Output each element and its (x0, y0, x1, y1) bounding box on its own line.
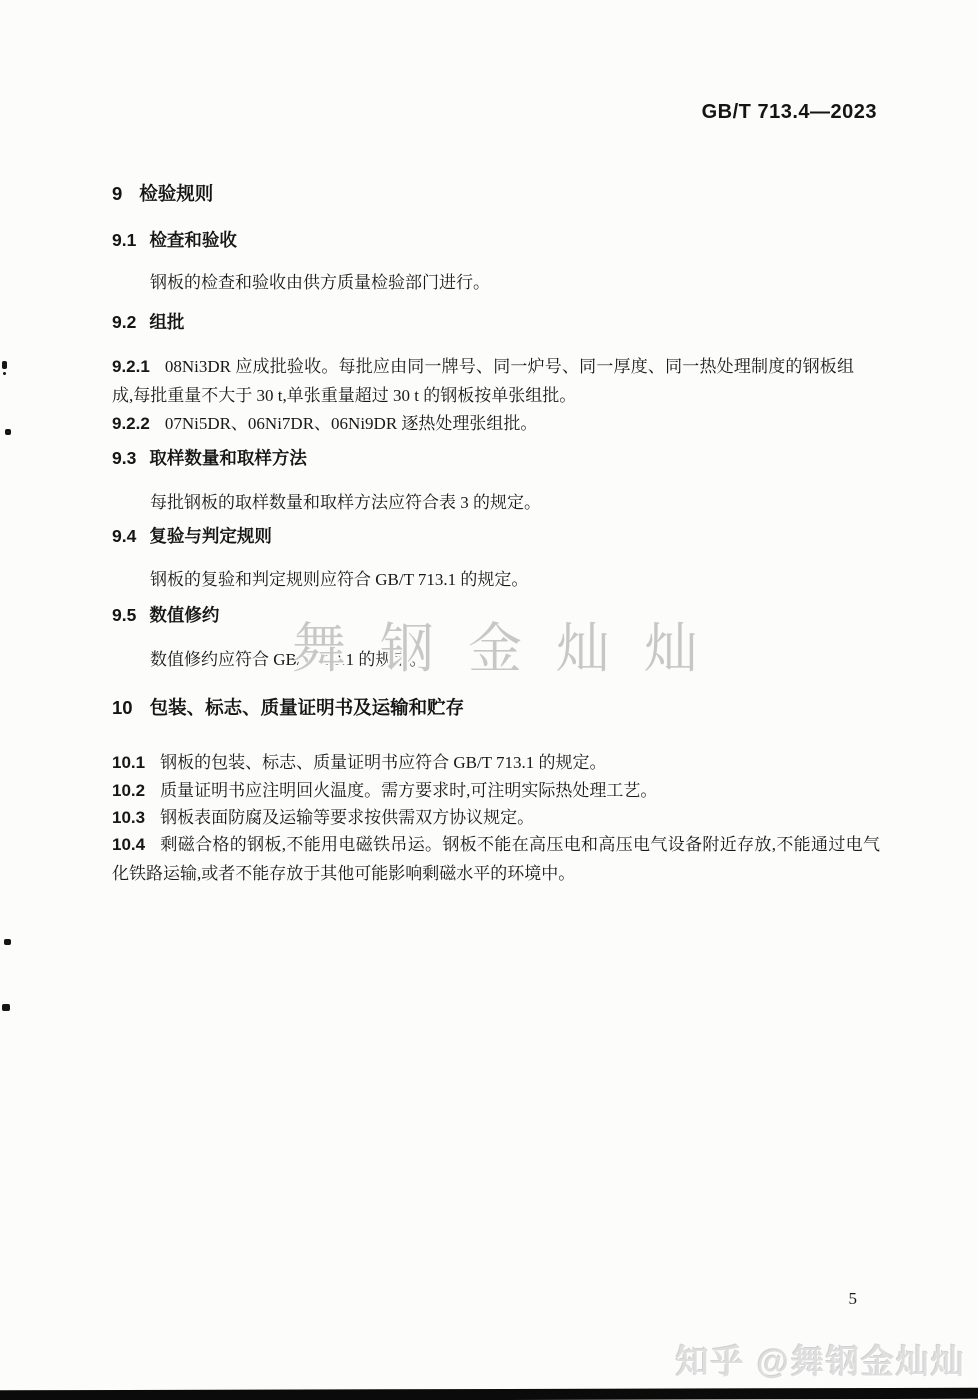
clause-number: 9.2.1 (112, 357, 150, 376)
clause-title: 数值修约 (149, 605, 219, 625)
clause-9-4-heading: 9.4复验与判定规则 (112, 523, 880, 548)
clause-title: 组批 (149, 312, 184, 332)
clause-title: 复验与判定规则 (149, 526, 272, 546)
clause-title: 检查和验收 (149, 230, 237, 250)
clause-number: 9.2 (112, 312, 136, 333)
standard-number-header: GB/T 713.4—2023 (0, 101, 877, 124)
section-number: 10 (112, 697, 133, 719)
clause-9-2-heading: 9.2组批 (112, 309, 880, 334)
scan-edge-strip (0, 1388, 978, 1400)
clause-number: 9.1 (112, 230, 136, 251)
section-number: 9 (112, 183, 122, 205)
clause-10-3-paragraph: 10.3钢板表面防腐及运输等要求按供需双方协议规定。 (112, 803, 880, 832)
clause-text: 质量证明书应注明回火温度。需方要求时,可注明实际热处理工艺。 (160, 781, 657, 800)
section-title: 包装、标志、质量证明书及运输和贮存 (150, 697, 465, 718)
clause-9-3-heading: 9.3取样数量和取样方法 (112, 445, 880, 470)
page-number: 5 (0, 1289, 857, 1309)
clause-9-1-heading: 9.1检查和验收 (112, 227, 880, 252)
clause-9-4-paragraph: 钢板的复验和判定规则应符合 GB/T 713.1 的规定。 (112, 565, 880, 594)
scan-artifact (4, 939, 11, 945)
clause-text: 剩磁合格的钢板,不能用电磁铁吊运。钢板不能在高压电和高压电气设备附近存放,不能通… (112, 835, 880, 883)
section-10-heading: 10包装、标志、质量证明书及运输和贮存 (112, 694, 880, 720)
zhihu-watermark: 知乎 @舞钢金灿灿 (676, 1336, 966, 1383)
clause-10-1-paragraph: 10.1钢板的包装、标志、质量证明书应符合 GB/T 713.1 的规定。 (112, 748, 880, 777)
clause-10-2-paragraph: 10.2质量证明书应注明回火温度。需方要求时,可注明实际热处理工艺。 (112, 776, 880, 805)
clause-text: 08Ni3DR 应成批验收。每批应由同一牌号、同一炉号、同一厚度、同一热处理制度… (112, 357, 854, 405)
clause-9-2-1-paragraph: 9.2.108Ni3DR 应成批验收。每批应由同一牌号、同一炉号、同一厚度、同一… (112, 352, 854, 410)
clause-text: 钢板表面防腐及运输等要求按供需双方协议规定。 (160, 808, 534, 827)
scan-artifact (2, 1004, 10, 1011)
document-page: GB/T 713.4—2023 9检验规则 9.1检查和验收 钢板的检查和验收由… (0, 0, 978, 1400)
clause-number: 10.1 (112, 753, 145, 772)
clause-10-4-paragraph: 10.4剩磁合格的钢板,不能用电磁铁吊运。钢板不能在高压电和高压电气设备附近存放… (112, 830, 880, 888)
clause-9-3-paragraph: 每批钢板的取样数量和取样方法应符合表 3 的规定。 (112, 488, 880, 517)
clause-number: 9.4 (112, 526, 136, 547)
clause-number: 9.5 (112, 605, 136, 626)
clause-number: 9.2.2 (112, 414, 150, 433)
clause-number: 9.3 (112, 448, 136, 469)
section-title: 检验规则 (139, 183, 213, 204)
center-watermark: 舞钢金灿灿 (292, 606, 732, 683)
clause-9-2-2-paragraph: 9.2.207Ni5DR、06Ni7DR、06Ni9DR 逐热处理张组批。 (112, 409, 880, 438)
scan-artifact (2, 361, 7, 369)
scan-artifact (5, 429, 11, 435)
section-9-heading: 9检验规则 (112, 180, 880, 206)
clause-number: 10.4 (112, 835, 145, 854)
clause-text: 07Ni5DR、06Ni7DR、06Ni9DR 逐热处理张组批。 (165, 414, 538, 433)
clause-number: 10.3 (112, 808, 145, 827)
clause-9-1-paragraph: 钢板的检查和验收由供方质量检验部门进行。 (112, 268, 880, 297)
clause-text: 钢板的包装、标志、质量证明书应符合 GB/T 713.1 的规定。 (160, 753, 606, 772)
clause-number: 10.2 (112, 781, 145, 800)
scan-artifact (3, 372, 6, 375)
clause-title: 取样数量和取样方法 (149, 448, 307, 468)
